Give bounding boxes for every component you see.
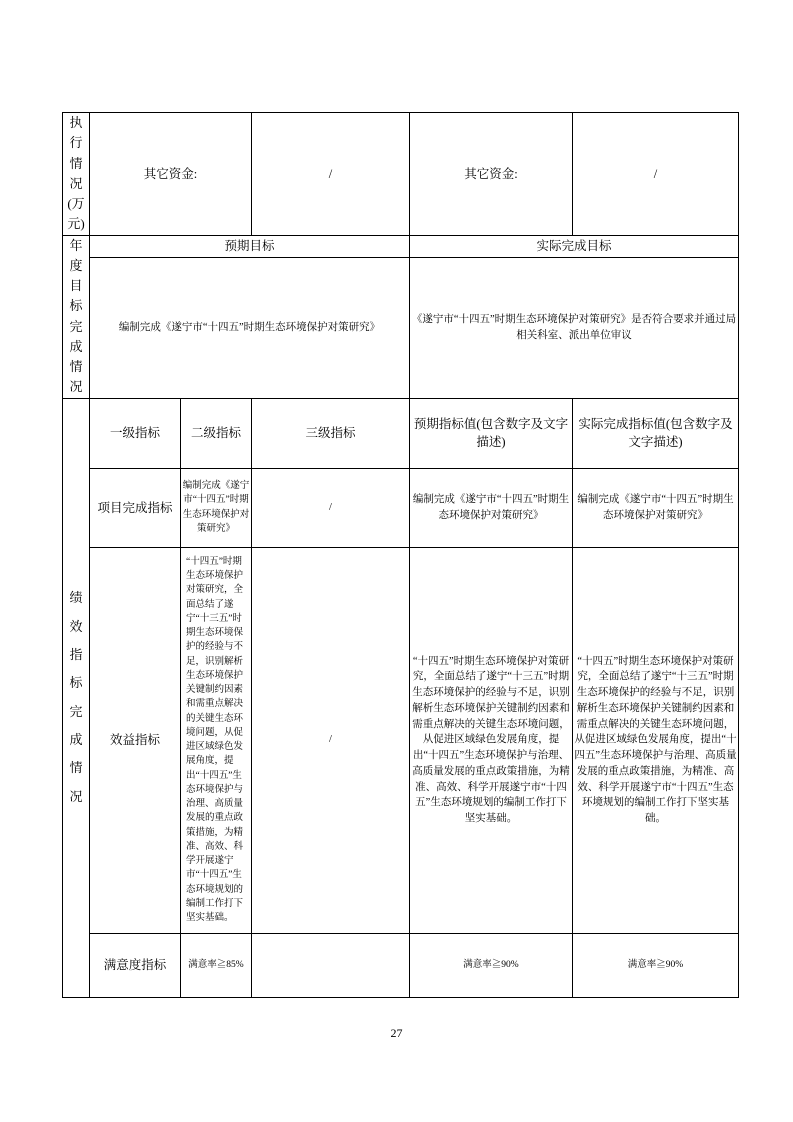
- document-page: 执行情况(万元) 其它资金: / 其它资金: / 年度目标完成情况 预期目标 实…: [0, 0, 793, 1122]
- indicator-completion-actual: 编制完成《遂宁市“十四五”时期生态环境保护对策研究》: [573, 468, 739, 547]
- actual-goal-header: 实际完成目标: [410, 235, 739, 258]
- page-number: 27: [0, 1026, 793, 1041]
- section-label-annual-goals: 年度目标完成情况: [63, 235, 90, 398]
- header-level3-indicator: 三级指标: [252, 398, 410, 468]
- table-row: 效益指标 “十四五”时期生态环境保护对策研究，全面总结了遂宁“十三五”时期生态环…: [63, 547, 739, 933]
- actual-goal-text: 《遂宁市“十四五”时期生态环境保护对策研究》是否符合要求并通过局相关科室、派出单…: [410, 258, 739, 398]
- indicator-benefit-level3: /: [252, 547, 410, 933]
- indicator-completion-name: 项目完成指标: [90, 468, 181, 547]
- section-label-annual-goals-text: 年度目标完成情况: [66, 236, 86, 398]
- table-row: 执行情况(万元) 其它资金: / 其它资金: /: [63, 113, 739, 236]
- section-label-execution: 执行情况(万元): [63, 113, 90, 236]
- indicator-completion-expected: 编制完成《遂宁市“十四五”时期生态环境保护对策研究》: [410, 468, 573, 547]
- indicator-benefit-name: 效益指标: [90, 547, 181, 933]
- other-funds-actual-label: 其它资金:: [410, 113, 573, 236]
- other-funds-expected-value: /: [252, 113, 410, 236]
- table-row: 绩效指标完成情况 一级指标 二级指标 三级指标 预期指标值(包含数字及文字描述)…: [63, 398, 739, 468]
- table-row: 满意度指标 满意率≧85% 满意率≧90% 满意率≧90%: [63, 933, 739, 997]
- indicator-satisfaction-expected: 满意率≧90%: [410, 933, 573, 997]
- performance-report-table: 执行情况(万元) 其它资金: / 其它资金: / 年度目标完成情况 预期目标 实…: [62, 112, 739, 998]
- header-level2-indicator: 二级指标: [181, 398, 252, 468]
- section-label-execution-text: 执行情况(万元): [66, 113, 86, 235]
- indicator-completion-level3: /: [252, 468, 410, 547]
- header-actual-indicator-value: 实际完成指标值(包含数字及文字描述): [573, 398, 739, 468]
- indicator-benefit-actual: “十四五”时期生态环境保护对策研究，全面总结了遂宁“十三五”时期生态环境保护的经…: [573, 547, 739, 933]
- indicator-benefit-expected: “十四五”时期生态环境保护对策研究，全面总结了遂宁“十三五”时期生态环境保护的经…: [410, 547, 573, 933]
- table-row: 项目完成指标 编制完成《遂宁市“十四五”时期生态环境保护对策研究》 / 编制完成…: [63, 468, 739, 547]
- table-row: 编制完成《遂宁市“十四五”时期生态环境保护对策研究》 《遂宁市“十四五”时期生态…: [63, 258, 739, 398]
- header-expected-indicator-value: 预期指标值(包含数字及文字描述): [410, 398, 573, 468]
- expected-goal-text: 编制完成《遂宁市“十四五”时期生态环境保护对策研究》: [90, 258, 410, 398]
- other-funds-actual-value: /: [573, 113, 739, 236]
- section-label-performance-text: 绩效指标完成情况: [66, 584, 86, 811]
- indicator-satisfaction-name: 满意度指标: [90, 933, 181, 997]
- other-funds-expected-label: 其它资金:: [90, 113, 252, 236]
- section-label-performance: 绩效指标完成情况: [63, 398, 90, 997]
- table-row: 年度目标完成情况 预期目标 实际完成目标: [63, 235, 739, 258]
- indicator-completion-level2: 编制完成《遂宁市“十四五”时期生态环境保护对策研究》: [181, 468, 252, 547]
- indicator-satisfaction-actual: 满意率≧90%: [573, 933, 739, 997]
- indicator-satisfaction-level2: 满意率≧85%: [181, 933, 252, 997]
- indicator-satisfaction-level3: [252, 933, 410, 997]
- header-level1-indicator: 一级指标: [90, 398, 181, 468]
- expected-goal-header: 预期目标: [90, 235, 410, 258]
- indicator-benefit-level2: “十四五”时期生态环境保护对策研究，全面总结了遂宁“十三五”时期生态环境保护的经…: [181, 547, 252, 933]
